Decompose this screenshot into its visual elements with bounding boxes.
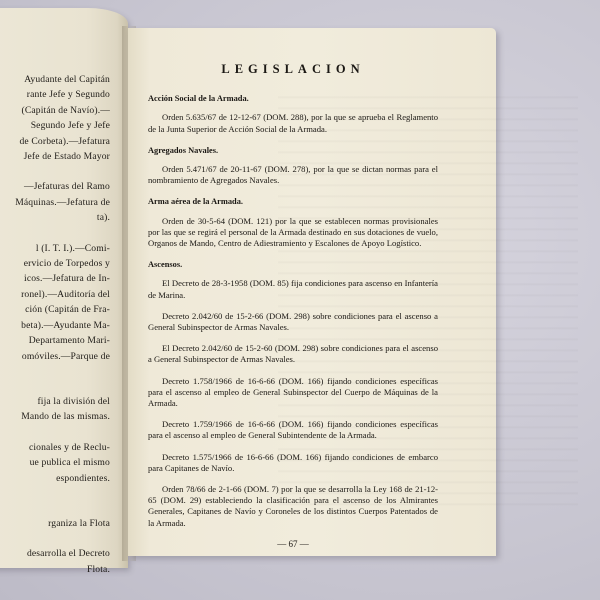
- text-line: ronel).—Auditoría del: [0, 287, 118, 302]
- text-line: Departamento Mari-: [0, 333, 118, 348]
- text-line: Jefe de Estado Mayor: [0, 149, 118, 164]
- left-page: Ayudante del Capitánrante Jefe y Segundo…: [0, 8, 128, 568]
- text-line: ervicio de Torpedos y: [0, 256, 118, 271]
- section-heading: Arma aérea de la Armada.: [148, 196, 438, 207]
- legislation-entry: Orden 78/66 de 2-1-66 (DOM. 7) por la qu…: [148, 484, 438, 529]
- legislation-section: Acción Social de la Armada.Orden 5.635/6…: [148, 93, 438, 135]
- legislation-entry: Decreto 2.042/60 de 15-2-66 (DOM. 298) s…: [148, 311, 438, 333]
- text-line: rganiza la Flota: [0, 516, 118, 531]
- legislation-section: Ascensos.El Decreto de 28-3-1958 (DOM. 8…: [148, 259, 438, 529]
- text-line: beta).—Ayudante Ma-: [0, 318, 118, 333]
- text-line: Segundo Jefe y Jefe: [0, 118, 118, 133]
- line-gap: [0, 379, 118, 394]
- section-heading: Acción Social de la Armada.: [148, 93, 438, 104]
- text-line: espondientes.: [0, 471, 118, 486]
- text-line: ta).: [0, 210, 118, 225]
- text-line: l (I. T. I.).—Comi-: [0, 241, 118, 256]
- legislation-entry: Decreto 1.758/1966 de 16-6-66 (DOM. 166)…: [148, 376, 438, 410]
- text-line: (Capitán de Navío).—: [0, 103, 118, 118]
- text-line: fija la división del: [0, 394, 118, 409]
- text-line: Máquinas.—Jefatura de: [0, 195, 118, 210]
- text-line: Ayudante del Capitán: [0, 72, 118, 87]
- legislation-sections: Acción Social de la Armada.Orden 5.635/6…: [148, 93, 438, 529]
- right-page: LEGISLACION Acción Social de la Armada.O…: [128, 28, 496, 556]
- text-line: de Corbeta).—Jefatura: [0, 134, 118, 149]
- legislation-entry: Orden 5.471/67 de 20-11-67 (DOM. 278), p…: [148, 164, 438, 186]
- page-number: — 67 —: [148, 539, 438, 550]
- legislation-entry: Decreto 1.575/1966 de 16-6-66 (DOM. 166)…: [148, 452, 438, 474]
- text-line: Mando de las mismas.: [0, 409, 118, 424]
- line-gap: [0, 486, 118, 501]
- text-line: cionales y de Reclu-: [0, 440, 118, 455]
- line-gap: [0, 501, 118, 516]
- text-line: —Jefaturas del Ramo: [0, 179, 118, 194]
- legislation-entry: Orden de 30-5-64 (DOM. 121) por la que s…: [148, 216, 438, 250]
- text-line: rante Jefe y Segundo: [0, 87, 118, 102]
- section-heading: Agregados Navales.: [148, 145, 438, 156]
- text-line: Flota.: [0, 562, 118, 577]
- line-gap: [0, 364, 118, 379]
- line-gap: [0, 531, 118, 546]
- text-line: desarrolla el Decreto: [0, 546, 118, 561]
- text-line: ción (Capitán de Fra-: [0, 302, 118, 317]
- text-line: omóviles.—Parque de: [0, 349, 118, 364]
- legislation-section: Agregados Navales.Orden 5.471/67 de 20-1…: [148, 145, 438, 187]
- legislation-entry: Orden 5.635/67 de 12-12-67 (DOM. 288), p…: [148, 112, 438, 134]
- text-line: icos.—Jefatura de In-: [0, 271, 118, 286]
- text-line: ue publica el mismo: [0, 455, 118, 470]
- legislation-section: Arma aérea de la Armada.Orden de 30-5-64…: [148, 196, 438, 249]
- page-title: LEGISLACION: [148, 64, 438, 75]
- line-gap: [0, 164, 118, 179]
- legislation-entry: El Decreto de 28-3-1958 (DOM. 85) fija c…: [148, 278, 438, 300]
- left-page-text: Ayudante del Capitánrante Jefe y Segundo…: [0, 72, 118, 577]
- legislation-entry: El Decreto 2.042/60 de 15-2-60 (DOM. 298…: [148, 343, 438, 365]
- legislation-entry: Decreto 1.759/1966 de 16-6-66 (DOM. 166)…: [148, 419, 438, 441]
- line-gap: [0, 425, 118, 440]
- section-heading: Ascensos.: [148, 259, 438, 270]
- right-page-content: LEGISLACION Acción Social de la Armada.O…: [148, 58, 438, 550]
- line-gap: [0, 226, 118, 241]
